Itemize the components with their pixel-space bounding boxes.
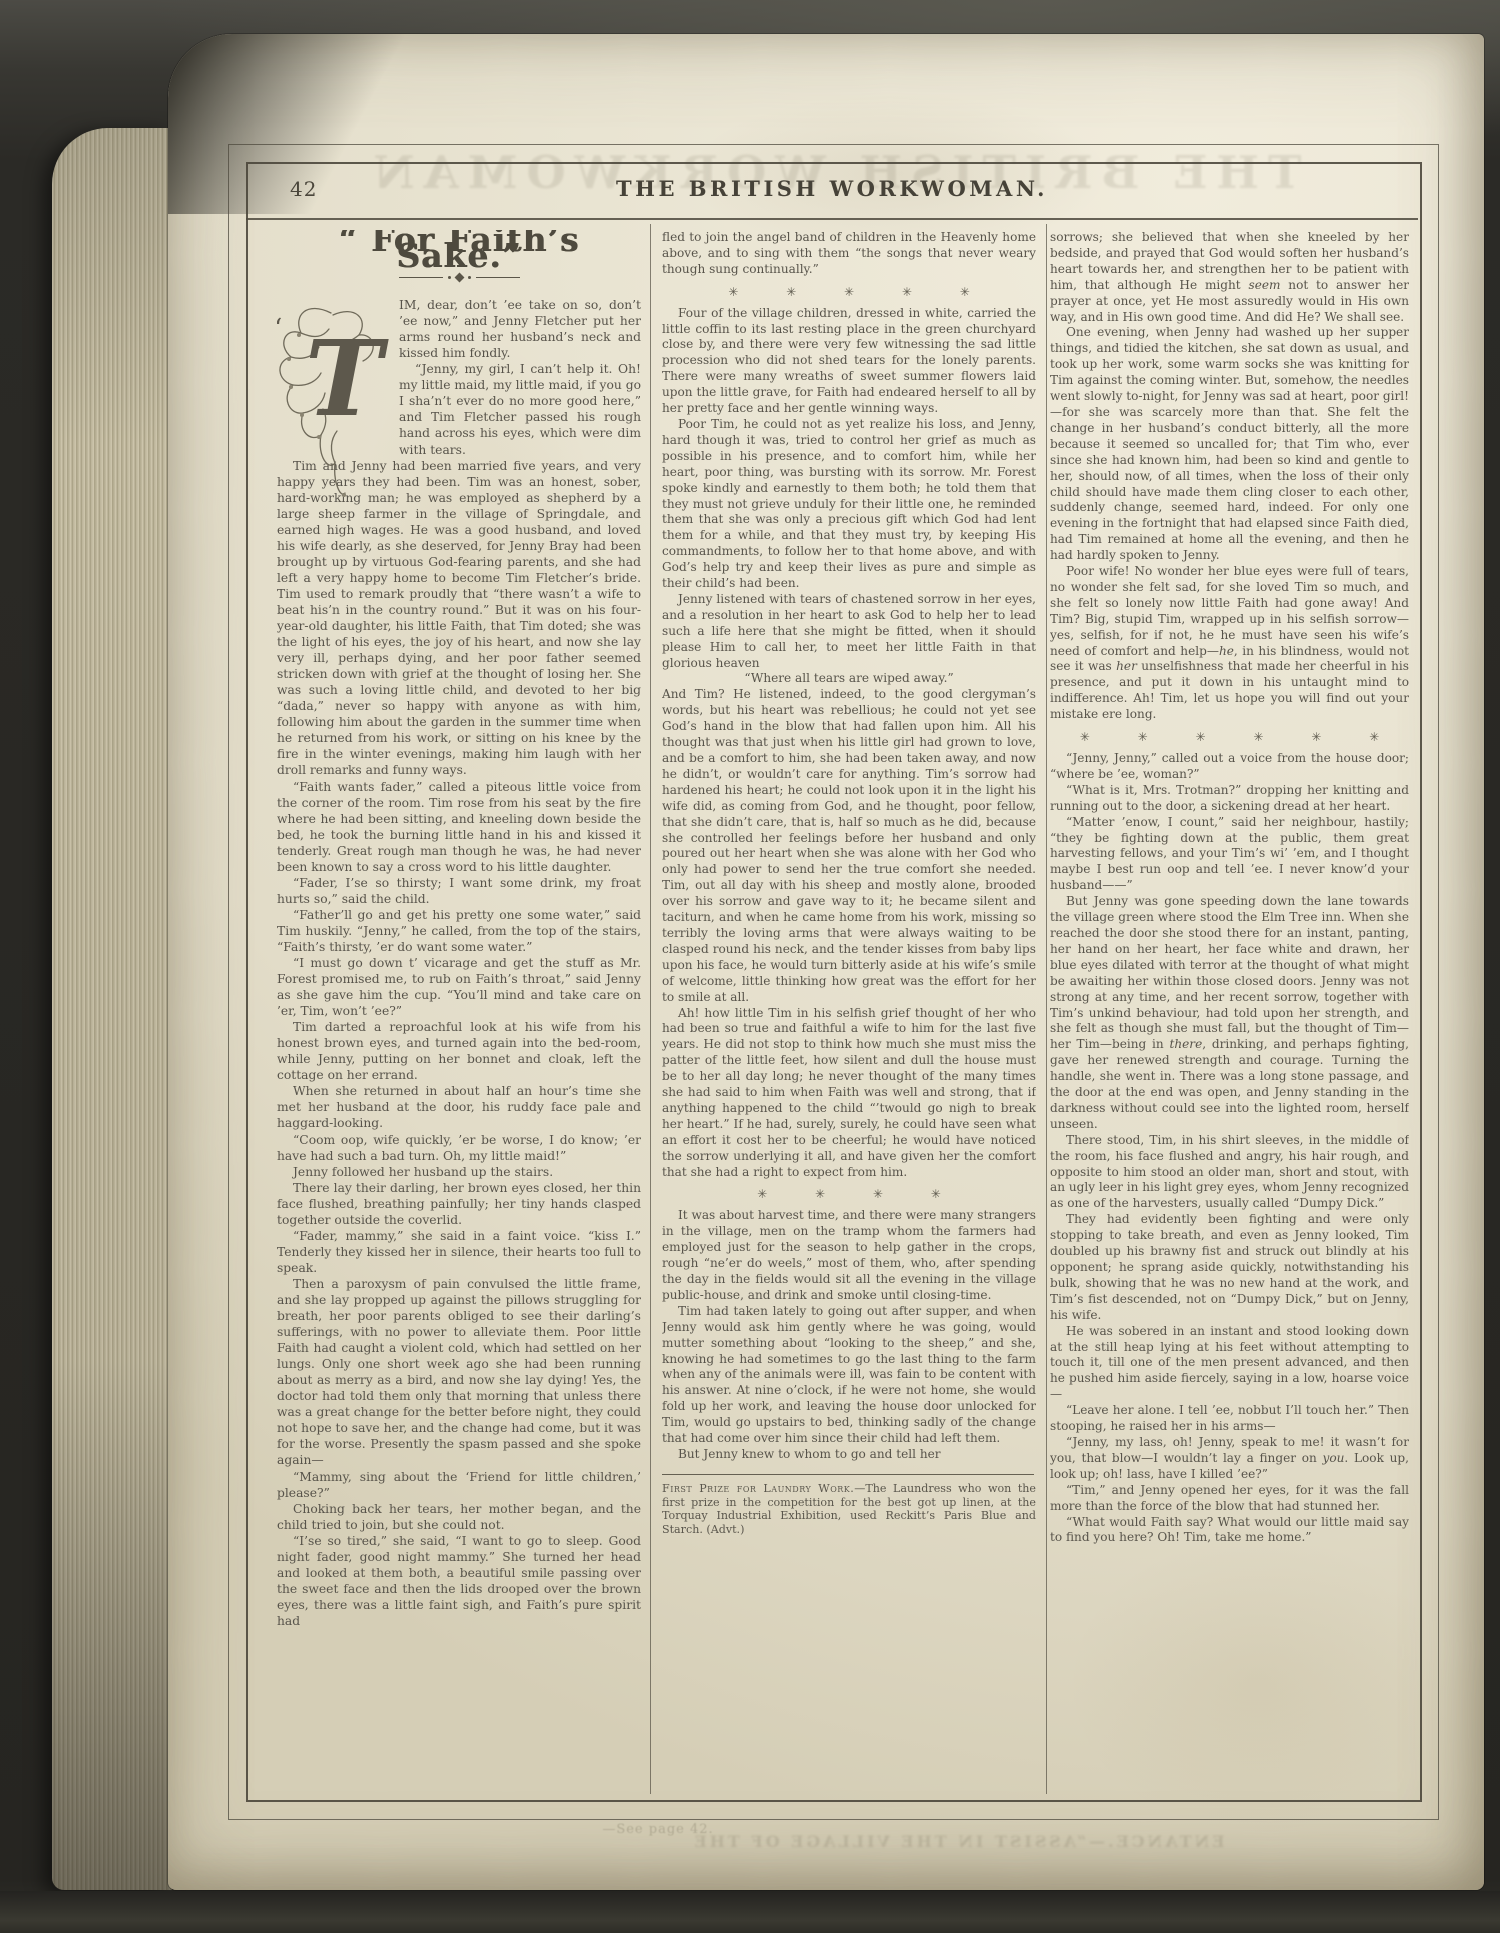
story-paragraph: “Jenny, my lass, oh! Jenny, speak to me!… bbox=[1050, 1435, 1409, 1483]
story-paragraph: It was about harvest time, and there wer… bbox=[662, 1208, 1036, 1303]
story-paragraph: fled to join the angel band of children … bbox=[662, 230, 1036, 278]
story-paragraph: “Fader, I’se so thirsty; I want some dri… bbox=[277, 875, 641, 907]
story-paragraph: “What would Faith say? What would our li… bbox=[1050, 1515, 1409, 1547]
story-paragraph: “Tim,” and Jenny opened her eyes, for it… bbox=[1050, 1483, 1409, 1515]
advert-separator-rule bbox=[662, 1474, 1034, 1475]
story-paragraph: There lay their darling, her brown eyes … bbox=[277, 1180, 641, 1228]
story-paragraph: “Coom oop, wife quickly, ’er be worse, I… bbox=[277, 1132, 641, 1164]
story-paragraph: Jenny followed her husband up the stairs… bbox=[277, 1164, 641, 1180]
story-paragraph: And Tim? He listened, indeed, to the goo… bbox=[662, 687, 1036, 1005]
story-column-2: fled to join the angel band of children … bbox=[662, 230, 1036, 1796]
story-paragraph: But Jenny was gone speeding down the lan… bbox=[1050, 894, 1409, 1133]
story-paragraph: Choking back her tears, her mother began… bbox=[277, 1501, 641, 1533]
story-paragraph: “Father’ll go and get his pretty one som… bbox=[277, 907, 641, 955]
showthrough-see-page-note: —See page 42. bbox=[458, 1822, 858, 1837]
story-paragraph: He was sobered in an instant and stood l… bbox=[1050, 1324, 1409, 1404]
magazine-page: THE BRITISH WORKWOMAN —See page 42. ENTA… bbox=[168, 34, 1484, 1890]
story-paragraph: “I must go down t’ vicarage and get the … bbox=[277, 955, 641, 1019]
story-paragraph: One evening, when Jenny had washed up he… bbox=[1050, 325, 1409, 564]
story-paragraph: “Mammy, sing about the ‘Friend for littl… bbox=[277, 1469, 641, 1501]
story-paragraph: Poor Tim, he could not as yet realize hi… bbox=[662, 417, 1036, 592]
column-divider-rule bbox=[1046, 224, 1047, 1794]
story-paragraph: Tim had taken lately to going out after … bbox=[662, 1304, 1036, 1447]
table-surface-edge bbox=[0, 1891, 1500, 1933]
story-paragraph: “Faith wants fader,” called a piteous li… bbox=[277, 779, 641, 875]
story-column-3: sorrows; she believed that when she knee… bbox=[1050, 230, 1409, 1796]
story-paragraph: “Matter ’enow, I count,” said her neighb… bbox=[1050, 815, 1409, 895]
drop-cap-open-quote: “ bbox=[277, 314, 282, 344]
floral-initial-icon: “ T bbox=[277, 293, 393, 508]
story-paragraph: They had evidently been fighting and wer… bbox=[1050, 1212, 1409, 1323]
advert-footnote: First Prize for Laundry Work.—The Laundr… bbox=[662, 1482, 1036, 1537]
story-paragraph: Then a paroxysm of pain convulsed the li… bbox=[277, 1276, 641, 1469]
story-paragraph: There stood, Tim, in his shirt sleeves, … bbox=[1050, 1133, 1409, 1213]
story-paragraph: Poor wife! No wonder her blue eyes were … bbox=[1050, 564, 1409, 723]
photographed-book-scene: THE BRITISH WORKWOMAN —See page 42. ENTA… bbox=[0, 0, 1500, 1933]
story-paragraph: Four of the village children, dressed in… bbox=[662, 306, 1036, 417]
story-paragraph: Jenny listened with tears of chastened s… bbox=[662, 592, 1036, 672]
story-title: “ For Faith’s Sake.” bbox=[277, 232, 641, 264]
story-paragraph: “Leave her alone. I tell ’ee, nobbut I’l… bbox=[1050, 1403, 1409, 1435]
drop-cap-ornament: “ T bbox=[277, 299, 389, 449]
section-break-stars: ✳ ✳ ✳ ✳ bbox=[662, 1187, 1036, 1203]
story-paragraph: “Where all tears are wiped away.” bbox=[662, 671, 1036, 687]
drop-cap-letter: T bbox=[305, 317, 389, 440]
masthead-title: THE BRITISH WORKWOMAN. bbox=[246, 176, 1418, 201]
story-paragraph: “I’se so tired,” she said, “I want to go… bbox=[277, 1533, 641, 1629]
showthrough-footer-text: ENTANCE.—“ASSIST IN THE VILLAGE OF THE bbox=[458, 1832, 1458, 1851]
story-paragraph: Ah! how little Tim in his selfish grief … bbox=[662, 1006, 1036, 1181]
story-column-1: “ For Faith’s Sake.” bbox=[277, 230, 641, 1796]
book-page-edges bbox=[52, 128, 172, 1890]
title-divider-ornament bbox=[277, 274, 641, 281]
story-paragraph: But Jenny knew to whom to go and tell he… bbox=[662, 1447, 1036, 1463]
section-break-stars: ✳ ✳ ✳ ✳ ✳ bbox=[662, 285, 1036, 301]
story-paragraph: Tim darted a reproachful look at his wif… bbox=[277, 1019, 641, 1083]
story-paragraph: When she returned in about half an hour’… bbox=[277, 1083, 641, 1131]
masthead-rule bbox=[246, 218, 1418, 220]
story-paragraph: sorrows; she believed that when she knee… bbox=[1050, 230, 1409, 325]
story-paragraph: “Fader, mammy,” she said in a faint voic… bbox=[277, 1228, 641, 1276]
story-paragraph: “What is it, Mrs. Trotman?” dropping her… bbox=[1050, 783, 1409, 815]
column-divider-rule bbox=[650, 224, 651, 1794]
section-break-stars: ✳ ✳ ✳ ✳ ✳ ✳ bbox=[1050, 730, 1409, 746]
story-paragraph: “Jenny, Jenny,” called out a voice from … bbox=[1050, 751, 1409, 783]
